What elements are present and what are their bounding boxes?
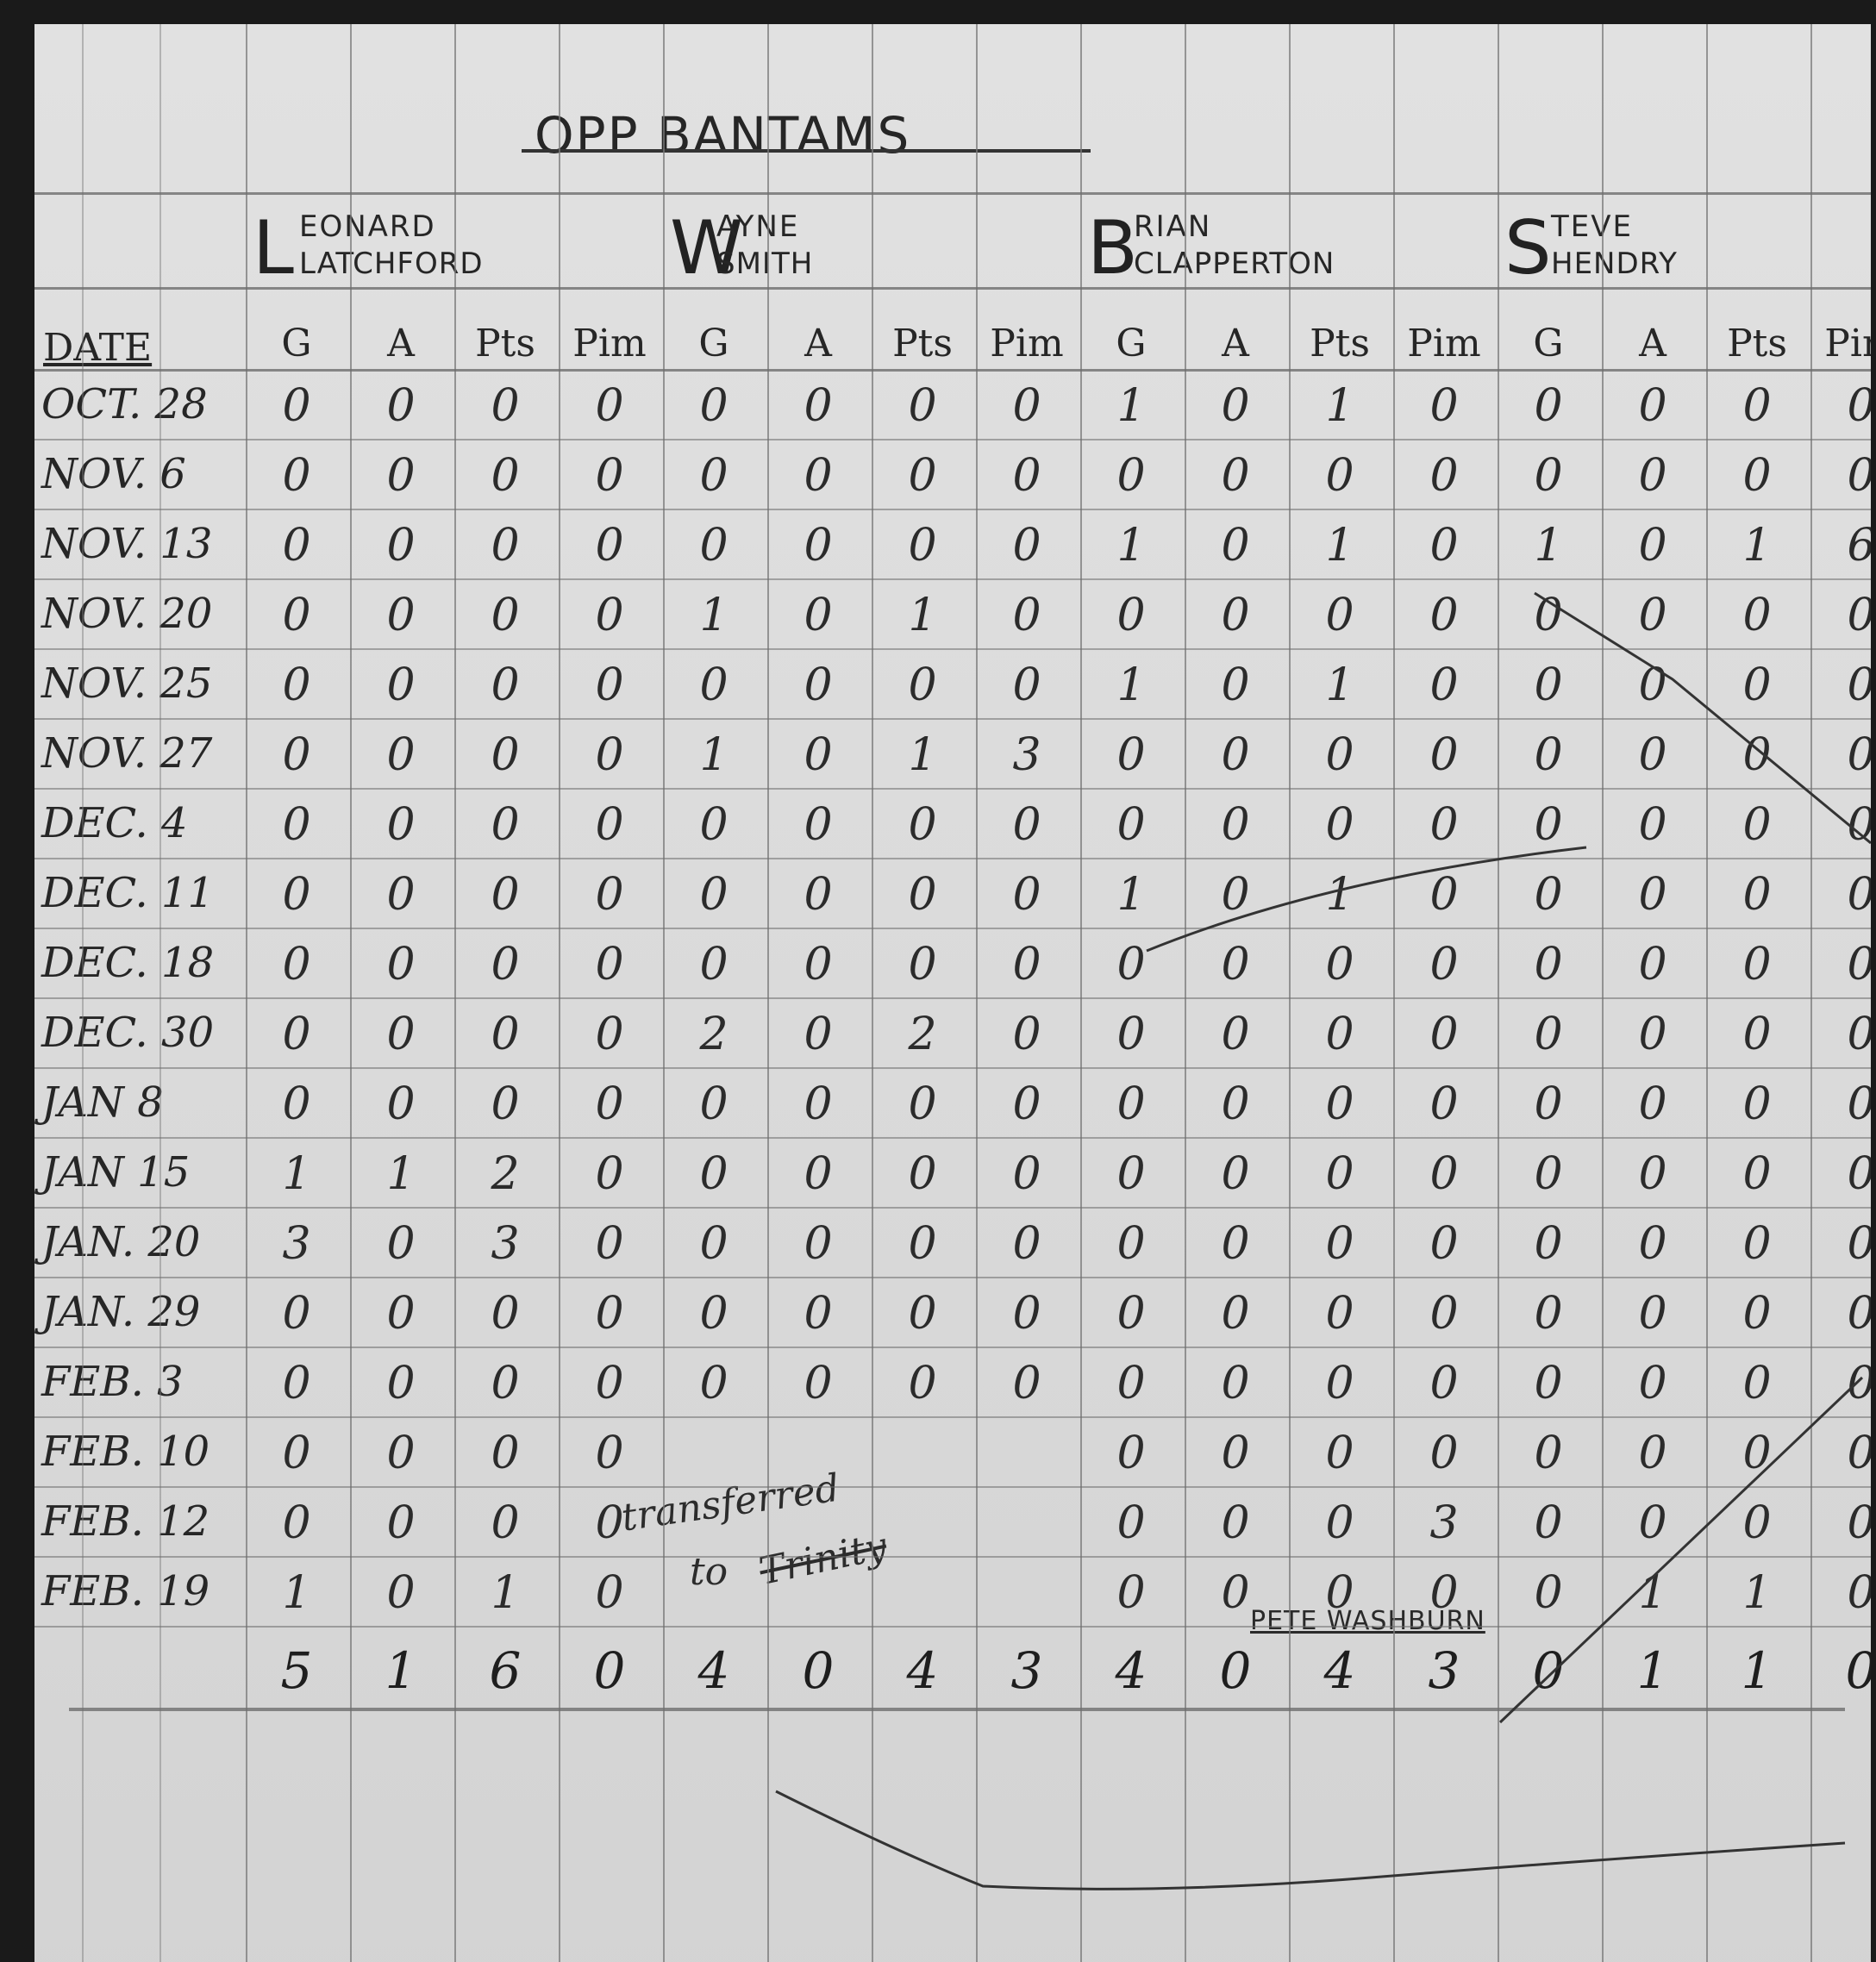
pen-strokes bbox=[34, 24, 1871, 1962]
ledger-page: OPP BANTAMS DATE LEONARDLATCHFORDGAPtsPi… bbox=[34, 24, 1871, 1962]
